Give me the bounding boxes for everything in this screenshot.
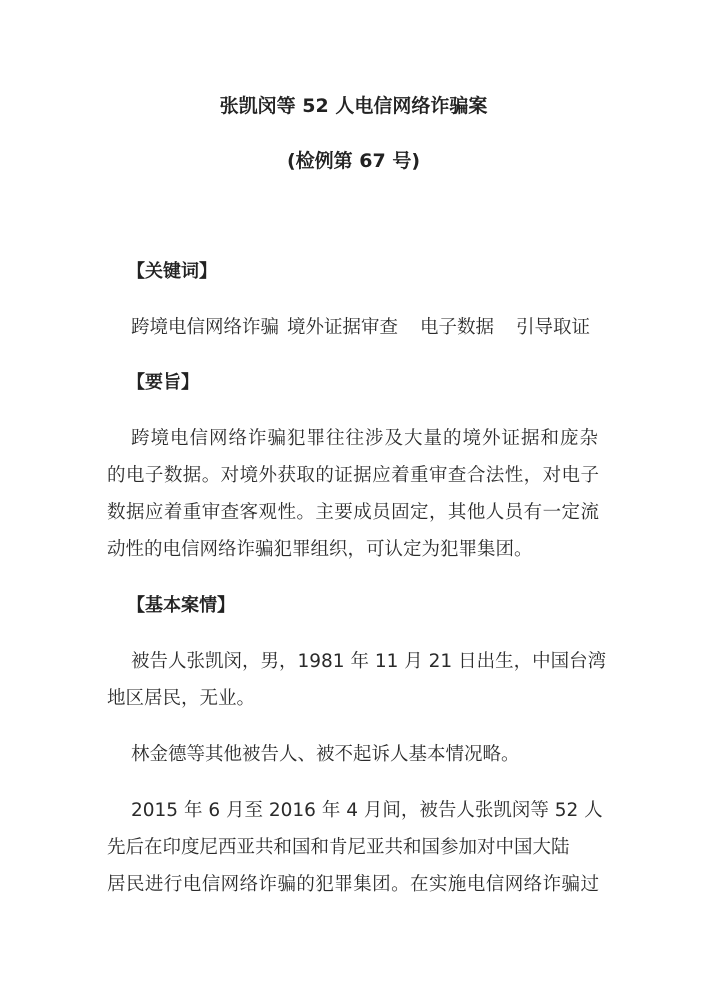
facts-line: 居民进行电信网络诈骗的犯罪集团。在实施电信网络诈骗过 <box>107 873 599 897</box>
gist-line: 数据应着重审查客观性。主要成员固定，其他人员有一定流 <box>107 501 599 525</box>
facts-heading: 【基本案情】 <box>127 594 235 618</box>
keywords-list: 跨境电信网络诈骗境外证据审查电子数据引导取证 <box>131 316 590 340</box>
gist-line: 的电子数据。对境外获取的证据应着重审查合法性，对电子 <box>107 464 599 488</box>
document-subtitle: (检例第 67 号) <box>0 148 707 174</box>
facts-line: 地区居民，无业。 <box>107 687 255 711</box>
gist-line: 动性的电信网络诈骗犯罪组织，可认定为犯罪集团。 <box>107 538 533 562</box>
keyword-item: 引导取证 <box>516 316 590 340</box>
document-page: 张凯闵等 52 人电信网络诈骗案 (检例第 67 号) 【关键词】 跨境电信网络… <box>0 0 707 999</box>
keyword-item: 跨境电信网络诈骗 <box>131 316 279 340</box>
gist-heading: 【要旨】 <box>127 371 199 395</box>
keyword-item: 境外证据审查 <box>287 316 398 340</box>
keywords-heading: 【关键词】 <box>127 260 217 284</box>
gist-line: 跨境电信网络诈骗犯罪往往涉及大量的境外证据和庞杂 <box>131 427 598 451</box>
facts-line: 先后在印度尼西亚共和国和肯尼亚共和国参加对中国大陆 <box>107 836 570 860</box>
facts-line: 2015 年 6 月至 2016 年 4 月间，被告人张凯闵等 52 人 <box>131 799 591 823</box>
facts-line: 被告人张凯闵，男，1981 年 11 月 21 日出生，中国台湾 <box>131 650 598 674</box>
document-title: 张凯闵等 52 人电信网络诈骗案 <box>0 93 707 119</box>
keyword-item: 电子数据 <box>420 316 494 340</box>
facts-line: 林金德等其他被告人、被不起诉人基本情况略。 <box>131 743 520 767</box>
